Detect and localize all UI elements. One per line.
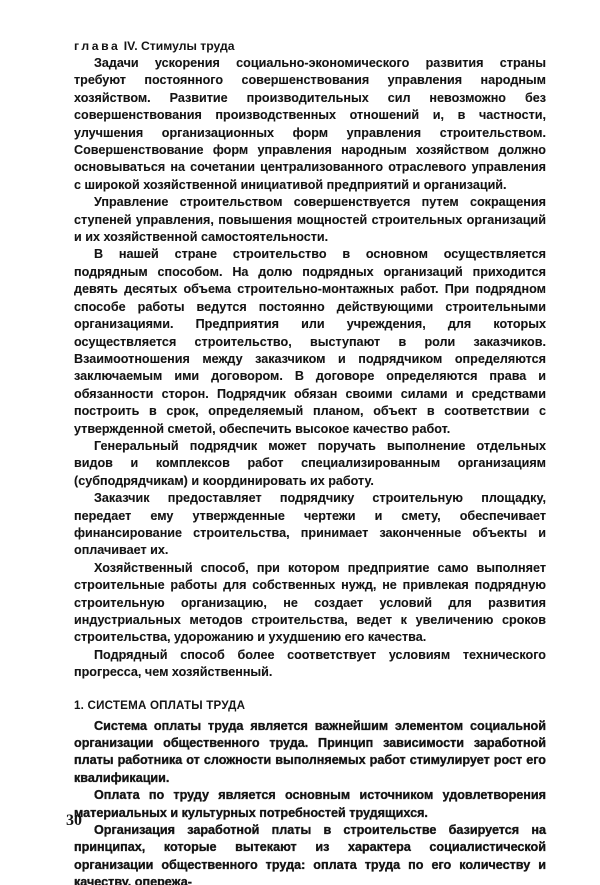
paragraph: Система оплаты труда является важнейшим … [74,718,546,788]
chapter-intro: Задачи ускорения социально-экономическог… [74,55,546,682]
paragraph: Хозяйственный способ, при котором предпр… [74,560,546,647]
paragraph: Подрядный способ более соответствует усл… [74,647,546,682]
page-content: глава IV. Стимулы труда Задачи ускорения… [74,38,546,885]
paragraph: Заказчик предоставляет подрядчику строит… [74,490,546,560]
paragraph: Организация заработной платы в строитель… [74,822,546,885]
section-body: Система оплаты труда является важнейшим … [74,718,546,885]
paragraph: Генеральный подрядчик может поручать вып… [74,438,546,490]
paragraph: В нашей стране строительство в основном … [74,246,546,437]
chapter-title: Стимулы труда [141,39,235,53]
chapter-word: глава [74,39,120,53]
running-head: глава IV. Стимулы труда [74,38,546,55]
chapter-number: IV. [124,39,138,53]
paragraph: Управление строительством совершенствует… [74,194,546,246]
section-heading: 1. СИСТЕМА ОПЛАТЫ ТРУДА [74,697,546,714]
paragraph: Задачи ускорения социально-экономическог… [74,55,546,194]
page-number: 30 [66,812,82,830]
paragraph: Оплата по труду является основным источн… [74,787,546,822]
